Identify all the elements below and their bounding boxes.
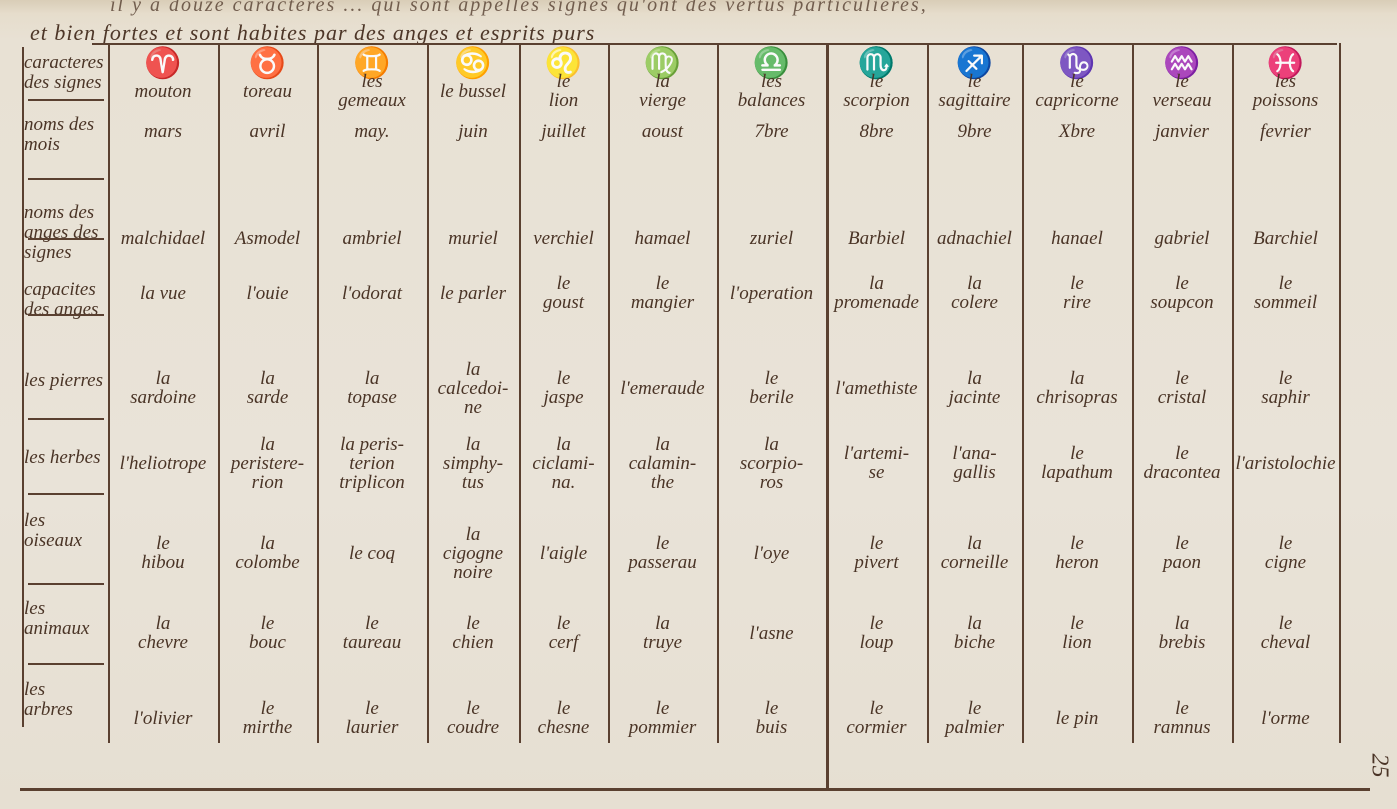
table-cell-herb: la simphy- tus [423,435,523,492]
table-cell-sign: mouton [104,82,222,101]
table-cell-sign: toreau [214,82,321,101]
row-label: les animaux [24,599,108,639]
table-cell-month: may. [313,122,431,141]
table-cell-tree: le cormier [822,699,931,737]
table-cell-animal: l'asne [713,624,830,643]
table-cell-bird: le pivert [822,534,931,572]
table-cell-animal: le taureau [313,614,431,652]
table-cell-stone: l'amethiste [822,379,931,398]
table-cell-animal: le chien [423,614,523,652]
table-cell-sign: le lion [515,72,612,110]
table-cell-month: mars [104,122,222,141]
table-cell-herb: le dracontea [1128,444,1236,482]
table-cell-stone: le jaspe [515,369,612,407]
table-cell-capacity: l'ouie [214,284,321,303]
table-cell-angel: Barchiel [1228,229,1343,248]
table-cell-bird: la colombe [214,534,321,572]
table-cell-stone: le saphir [1228,369,1343,407]
table-cell-angel: malchidael [104,229,222,248]
table-cell-tree: le mirthe [214,699,321,737]
row-separator [28,493,104,495]
row-label: les oiseaux [24,511,108,551]
table-cell-stone: le berile [713,369,830,407]
table-cell-sign: la vierge [604,72,721,110]
table-cell-sign: le scorpion [822,72,931,110]
table-cell-bird: le coq [313,544,431,563]
table-cell-bird: la corneille [923,534,1026,572]
table-cell-tree: le laurier [313,699,431,737]
table-cell-stone: la chrisopras [1018,369,1136,407]
table-cell-bird: le passerau [604,534,721,572]
table-cell-capacity: la colere [923,274,1026,312]
table-cell-stone: la calcedoi- ne [423,360,523,417]
table-cell-sign: le verseau [1128,72,1236,110]
table-cell-sign: les gemeaux [313,72,431,110]
table-cell-capacity: le goust [515,274,612,312]
table-cell-herb: la calamin- the [604,435,721,492]
table-cell-tree: le coudre [423,699,523,737]
zodiac-symbol-icon: ♈ [108,49,218,79]
table-cell-sign: le capricorne [1018,72,1136,110]
row-label: les herbes [24,448,108,468]
table-cell-herb: l'heliotrope [104,454,222,473]
table-cell-tree: le buis [713,699,830,737]
table-cell-animal: le cheval [1228,614,1343,652]
table-cell-capacity: le sommeil [1228,274,1343,312]
table-cell-angel: verchiel [515,229,612,248]
table-cell-herb: la peris- terion triplicon [313,435,431,492]
table-cell-capacity: le rire [1018,274,1136,312]
table-cell-tree: le ramnus [1128,699,1236,737]
table-bottom-rule [20,788,1370,791]
table-cell-capacity: la vue [104,284,222,303]
table-cell-animal: le lion [1018,614,1136,652]
table-cell-animal: le bouc [214,614,321,652]
page-number: 25 [1366,754,1393,778]
table-cell-bird: la cigogne noire [423,525,523,582]
table-cell-bird: le cigne [1228,534,1343,572]
row-separator [28,418,104,420]
row-separator [28,178,104,180]
table-cell-month: 9bre [923,122,1026,141]
table-cell-stone: la sarde [214,369,321,407]
table-cell-herb: la peristere- rion [214,435,321,492]
table-cell-animal: le cerf [515,614,612,652]
table-cell-herb: l'aristolochie [1228,454,1343,473]
row-label: noms des mois [24,115,108,155]
table-cell-angel: muriel [423,229,523,248]
table-cell-capacity: le soupcon [1128,274,1236,312]
row-separator [28,238,104,240]
table-cell-animal: la biche [923,614,1026,652]
row-separator [28,314,104,316]
table-cell-bird: l'aigle [515,544,612,563]
table-cell-sign: le bussel [423,82,523,101]
table-cell-capacity: l'odorat [313,284,431,303]
table-cell-capacity: le parler [423,284,523,303]
row-label: les arbres [24,680,108,720]
table-cell-herb: le lapathum [1018,444,1136,482]
table-cell-angel: adnachiel [923,229,1026,248]
correspondence-table: caracteres des signesnoms des moisnoms d… [22,43,1339,798]
zodiac-symbol-icon: ♋ [427,49,519,79]
table-cell-tree: le pin [1018,709,1136,728]
table-cell-tree: le palmier [923,699,1026,737]
table-cell-sign: les balances [713,72,830,110]
table-cell-animal: la chevre [104,614,222,652]
table-cell-bird: le hibou [104,534,222,572]
table-cell-month: juin [423,122,523,141]
row-label: les pierres [24,371,108,391]
table-cell-capacity: le mangier [604,274,721,312]
table-cell-month: fevrier [1228,122,1343,141]
table-cell-month: juillet [515,122,612,141]
table-cell-angel: Asmodel [214,229,321,248]
table-cell-animal: la brebis [1128,614,1236,652]
table-cell-herb: la ciclami- na. [515,435,612,492]
table-cell-sign: le sagittaire [923,72,1026,110]
table-cell-stone: la sardoine [104,369,222,407]
table-cell-month: avril [214,122,321,141]
table-cell-herb: l'ana- gallis [923,444,1026,482]
table-cell-month: aoust [604,122,721,141]
table-cell-bird: le paon [1128,534,1236,572]
row-label: caracteres des signes [24,53,108,93]
row-separator [28,583,104,585]
zodiac-symbol-icon: ♉ [218,49,317,79]
table-cell-capacity: l'operation [713,284,830,303]
table-cell-angel: zuriel [713,229,830,248]
table-cell-stone: le cristal [1128,369,1236,407]
table-cell-tree: le pommier [604,699,721,737]
table-cell-month: janvier [1128,122,1236,141]
table-cell-stone: l'emeraude [604,379,721,398]
table-cell-angel: hanael [1018,229,1136,248]
table-cell-bird: l'oye [713,544,830,563]
table-cell-month: 8bre [822,122,931,141]
table-cell-herb: la scorpio- ros [713,435,830,492]
table-cell-angel: ambriel [313,229,431,248]
row-label: noms des anges des signes [24,203,108,263]
row-separator [28,99,104,101]
table-cell-angel: gabriel [1128,229,1236,248]
table-cell-angel: Barbiel [822,229,931,248]
table-cell-stone: la jacinte [923,369,1026,407]
table-cell-animal: le loup [822,614,931,652]
column-rule [826,43,829,788]
table-cell-capacity: la promenade [822,274,931,312]
table-cell-month: 7bre [713,122,830,141]
table-cell-bird: le heron [1018,534,1136,572]
table-cell-animal: la truye [604,614,721,652]
table-cell-month: Xbre [1018,122,1136,141]
table-cell-tree: l'orme [1228,709,1343,728]
table-top-rule [92,43,1337,45]
row-separator [28,663,104,665]
table-cell-sign: les poissons [1228,72,1343,110]
header-line-1: il y a douze caracteres ... qui sont app… [110,0,928,17]
table-cell-stone: la topase [313,369,431,407]
table-cell-tree: le chesne [515,699,612,737]
table-cell-tree: l'olivier [104,709,222,728]
table-cell-angel: hamael [604,229,721,248]
table-cell-herb: l'artemi- se [822,444,931,482]
